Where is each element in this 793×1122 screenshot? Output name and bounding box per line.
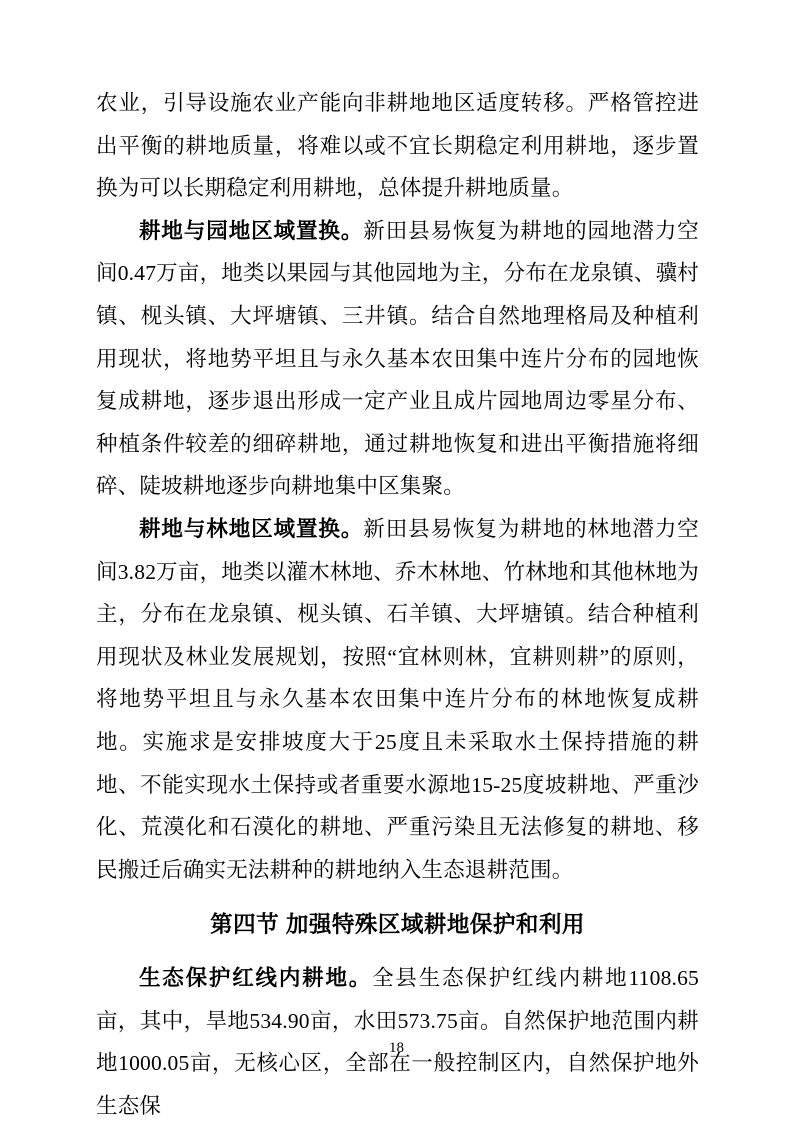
paragraph-lead: 耕地与林地区域置换。	[139, 517, 363, 541]
paragraph: 耕地与林地区域置换。新田县易恢复为耕地的林地潜力空间3.82万亩，地类以灌木林地…	[96, 508, 699, 891]
page-number: 18	[0, 1041, 793, 1056]
document-page: 农业，引导设施农业产能向非耕地地区适度转移。严格管控进出平衡的耕地质量，将难以或…	[0, 0, 793, 1122]
section-heading: 第四节 加强特殊区域耕地保护和利用	[96, 904, 699, 946]
paragraph: 农业，引导设施农业产能向非耕地地区适度转移。严格管控进出平衡的耕地质量，将难以或…	[96, 82, 699, 210]
paragraph-lead: 耕地与园地区域置换。	[139, 219, 363, 243]
body-text: 农业，引导设施农业产能向非耕地地区适度转移。严格管控进出平衡的耕地质量，将难以或…	[96, 82, 699, 1122]
paragraph: 耕地与园地区域置换。新田县易恢复为耕地的园地潜力空间0.47万亩，地类以果园与其…	[96, 210, 699, 508]
paragraph-text: 农业，引导设施农业产能向非耕地地区适度转移。严格管控进出平衡的耕地质量，将难以或…	[96, 91, 699, 200]
paragraph-lead: 生态保护红线内耕地。	[139, 966, 372, 990]
paragraph-text: 新田县易恢复为耕地的林地潜力空间3.82万亩，地类以灌木林地、乔木林地、竹林地和…	[96, 517, 699, 882]
paragraph-text: 新田县易恢复为耕地的园地潜力空间0.47万亩，地类以果园与其他园地为主，分布在龙…	[96, 219, 699, 499]
